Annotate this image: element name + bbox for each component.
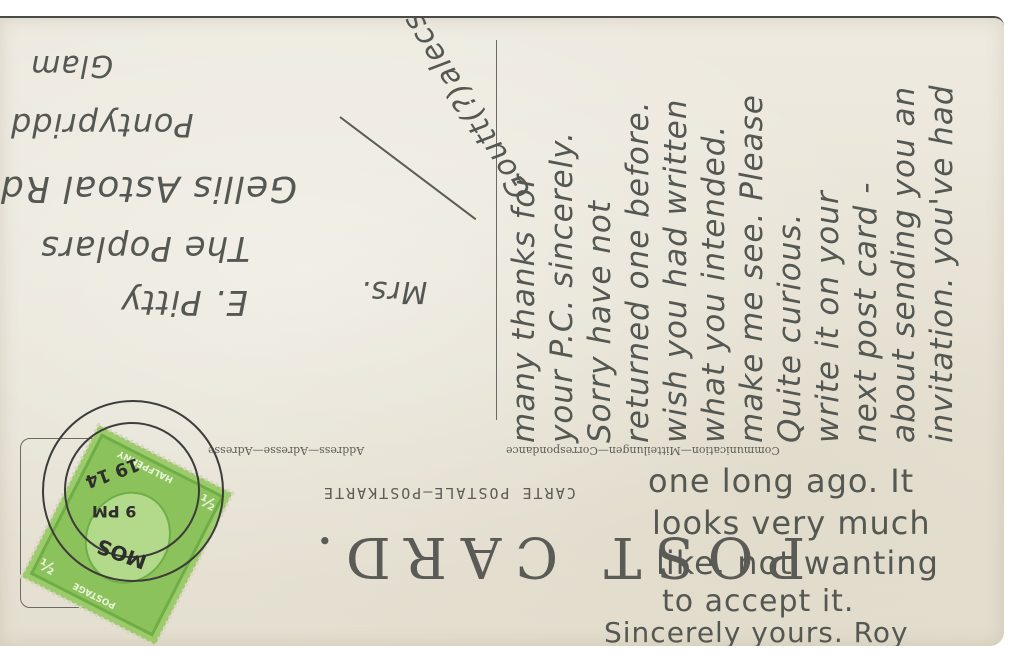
address-line-2: Mrs. bbox=[360, 274, 427, 309]
message-line: Sorry have not bbox=[581, 84, 619, 443]
message-line: one long ago. It bbox=[648, 462, 914, 500]
postcard-subtitle: CARTE POSTALE—POSTKARTE bbox=[322, 484, 576, 502]
message-line: what you intended. bbox=[695, 84, 733, 443]
message-line: wish you had written bbox=[657, 84, 695, 443]
message-line: your P.C. sincerely. bbox=[543, 84, 581, 443]
message-line: returned one before. bbox=[619, 84, 657, 443]
address-line-7: Glam bbox=[30, 48, 113, 83]
postcard-title: POST CARD. bbox=[302, 524, 805, 589]
message-line: next post card - bbox=[847, 84, 885, 443]
address-line-6: Pontypridd bbox=[10, 106, 194, 144]
message-block: many thanks for your P.C. sincerely. Sor… bbox=[505, 84, 961, 443]
stamp-postage-label: POSTAGE bbox=[72, 580, 118, 610]
correspondence-label: Communication—Mitteilungen—Correspondanc… bbox=[506, 444, 780, 457]
message-line: make me see. Please bbox=[733, 84, 771, 443]
address-underline bbox=[339, 116, 476, 220]
address-label: Address—Adresse—Adresse bbox=[208, 444, 364, 457]
signature: Sincerely yours. Roy bbox=[604, 616, 909, 646]
address-line-4: The Poplars bbox=[40, 228, 250, 268]
message-line: about sending you an bbox=[885, 84, 923, 443]
message-line: to accept it. bbox=[662, 584, 854, 619]
center-divider bbox=[496, 40, 497, 420]
postcard-back: Glam Pontypridd Gellis Astoal Rd The Pop… bbox=[0, 16, 1004, 646]
stamp-value: ½ bbox=[35, 554, 58, 578]
message-line: write it on your bbox=[809, 84, 847, 443]
message-line: many thanks for bbox=[505, 84, 543, 443]
message-line: invitation. you've had bbox=[923, 84, 961, 443]
message-line: Quite curious. bbox=[771, 84, 809, 443]
address-line-5: Gellis Astoal Rd bbox=[0, 168, 297, 209]
address-line-3: E. Pitty bbox=[120, 282, 248, 322]
postmark-time: 9 PM bbox=[92, 502, 136, 521]
postmark-inner-ring bbox=[64, 422, 200, 558]
